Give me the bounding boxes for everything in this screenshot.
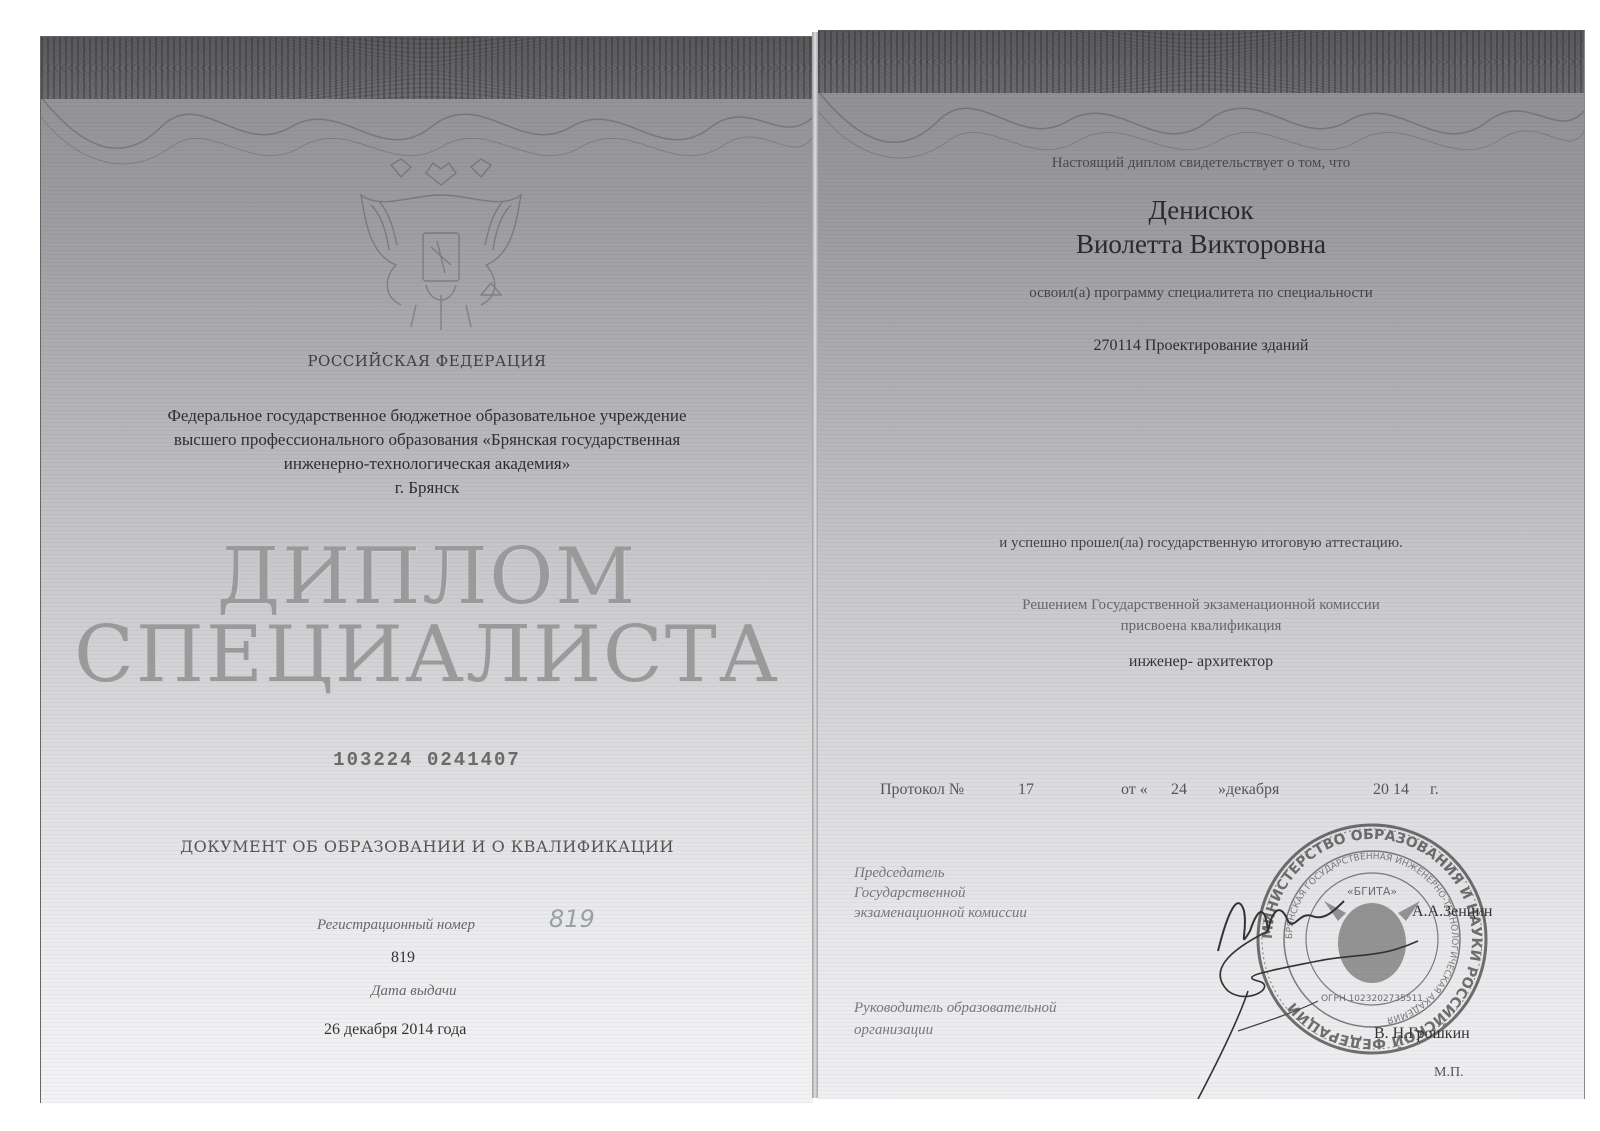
- institution-city: г. Брянск: [41, 476, 813, 500]
- chair-line: экзаменационной комиссии: [854, 903, 1027, 923]
- head-line: организации: [854, 1019, 1057, 1041]
- issue-date-label: Дата выдачи: [371, 983, 457, 1000]
- diploma-title: ДИПЛОМ: [41, 532, 813, 622]
- registration-number-label: Регистрационный номер: [317, 917, 475, 934]
- official-seal-icon: МИНИСТЕРСТВО ОБРАЗОВАНИЯ И НАУКИ РОССИЙС…: [1254, 821, 1490, 1057]
- commission-chair-title: Председатель Государственной экзаменацио…: [854, 863, 1027, 923]
- diploma-left-page: РОССИЙСКАЯ ФЕДЕРАЦИЯ Федеральное государ…: [40, 36, 813, 1103]
- registration-number: 819: [391, 949, 415, 967]
- protocol-from: от «: [1121, 781, 1148, 799]
- institution-line: инженерно-технологическая академия»: [41, 452, 813, 476]
- country-name: РОССИЙСКАЯ ФЕДЕРАЦИЯ: [41, 352, 813, 370]
- svg-text:«БГИТА»: «БГИТА»: [1347, 885, 1397, 898]
- institution-line: Федеральное государственное бюджетное об…: [41, 404, 813, 428]
- decision-line: Решением Государственной экзаменационной…: [818, 595, 1584, 616]
- protocol-number: 17: [1018, 781, 1034, 799]
- diploma-subtitle: СПЕЦИАЛИСТА: [41, 610, 813, 700]
- svg-text:ОГРН 1023202735511: ОГРН 1023202735511: [1321, 994, 1423, 1004]
- coat-of-arms-icon: [341, 155, 541, 335]
- head-of-organization-title: Руководитель образовательной организации: [854, 997, 1057, 1041]
- specialty: 270114 Проектирование зданий: [818, 337, 1584, 355]
- graduate-given-names: Виолетта Викторовна: [818, 229, 1584, 260]
- registration-number-handwritten: 819: [549, 905, 595, 933]
- program-statement: освоил(а) программу специалитета по спец…: [818, 285, 1584, 302]
- attestation-statement: и успешно прошел(ла) государственную ито…: [818, 535, 1584, 552]
- decision-line: присвоена квалификация: [818, 616, 1584, 637]
- qualification: инженер- архитектор: [818, 653, 1584, 671]
- chair-line: Председатель: [854, 863, 1027, 883]
- diploma-right-page: Настоящий диплом свидетельствует о том, …: [818, 30, 1585, 1099]
- seal-place-mark: М.П.: [1434, 1065, 1464, 1081]
- protocol-year: 20 14: [1373, 781, 1409, 799]
- protocol-label: Протокол №: [880, 781, 964, 799]
- institution-name: Федеральное государственное бюджетное об…: [41, 404, 813, 500]
- document-type: ДОКУМЕНТ ОБ ОБРАЗОВАНИИ И О КВАЛИФИКАЦИИ: [41, 837, 813, 856]
- protocol-year-suffix: г.: [1430, 781, 1439, 799]
- head-line: Руководитель образовательной: [854, 997, 1057, 1019]
- chair-line: Государственной: [854, 883, 1027, 903]
- protocol-day: 24: [1171, 781, 1187, 799]
- institution-line: высшего профессионального образования «Б…: [41, 428, 813, 452]
- chair-name: А.А.Зенцин: [1412, 903, 1492, 921]
- graduate-surname: Денисюк: [818, 195, 1584, 226]
- commission-decision: Решением Государственной экзаменационной…: [818, 595, 1584, 637]
- protocol-month: »декабря: [1218, 781, 1279, 799]
- certificate-intro: Настоящий диплом свидетельствует о том, …: [818, 155, 1584, 172]
- issue-date: 26 декабря 2014 года: [324, 1021, 466, 1039]
- serial-number: 103224 0241407: [41, 749, 813, 771]
- head-name: В. Н.Грошкин: [1374, 1025, 1470, 1043]
